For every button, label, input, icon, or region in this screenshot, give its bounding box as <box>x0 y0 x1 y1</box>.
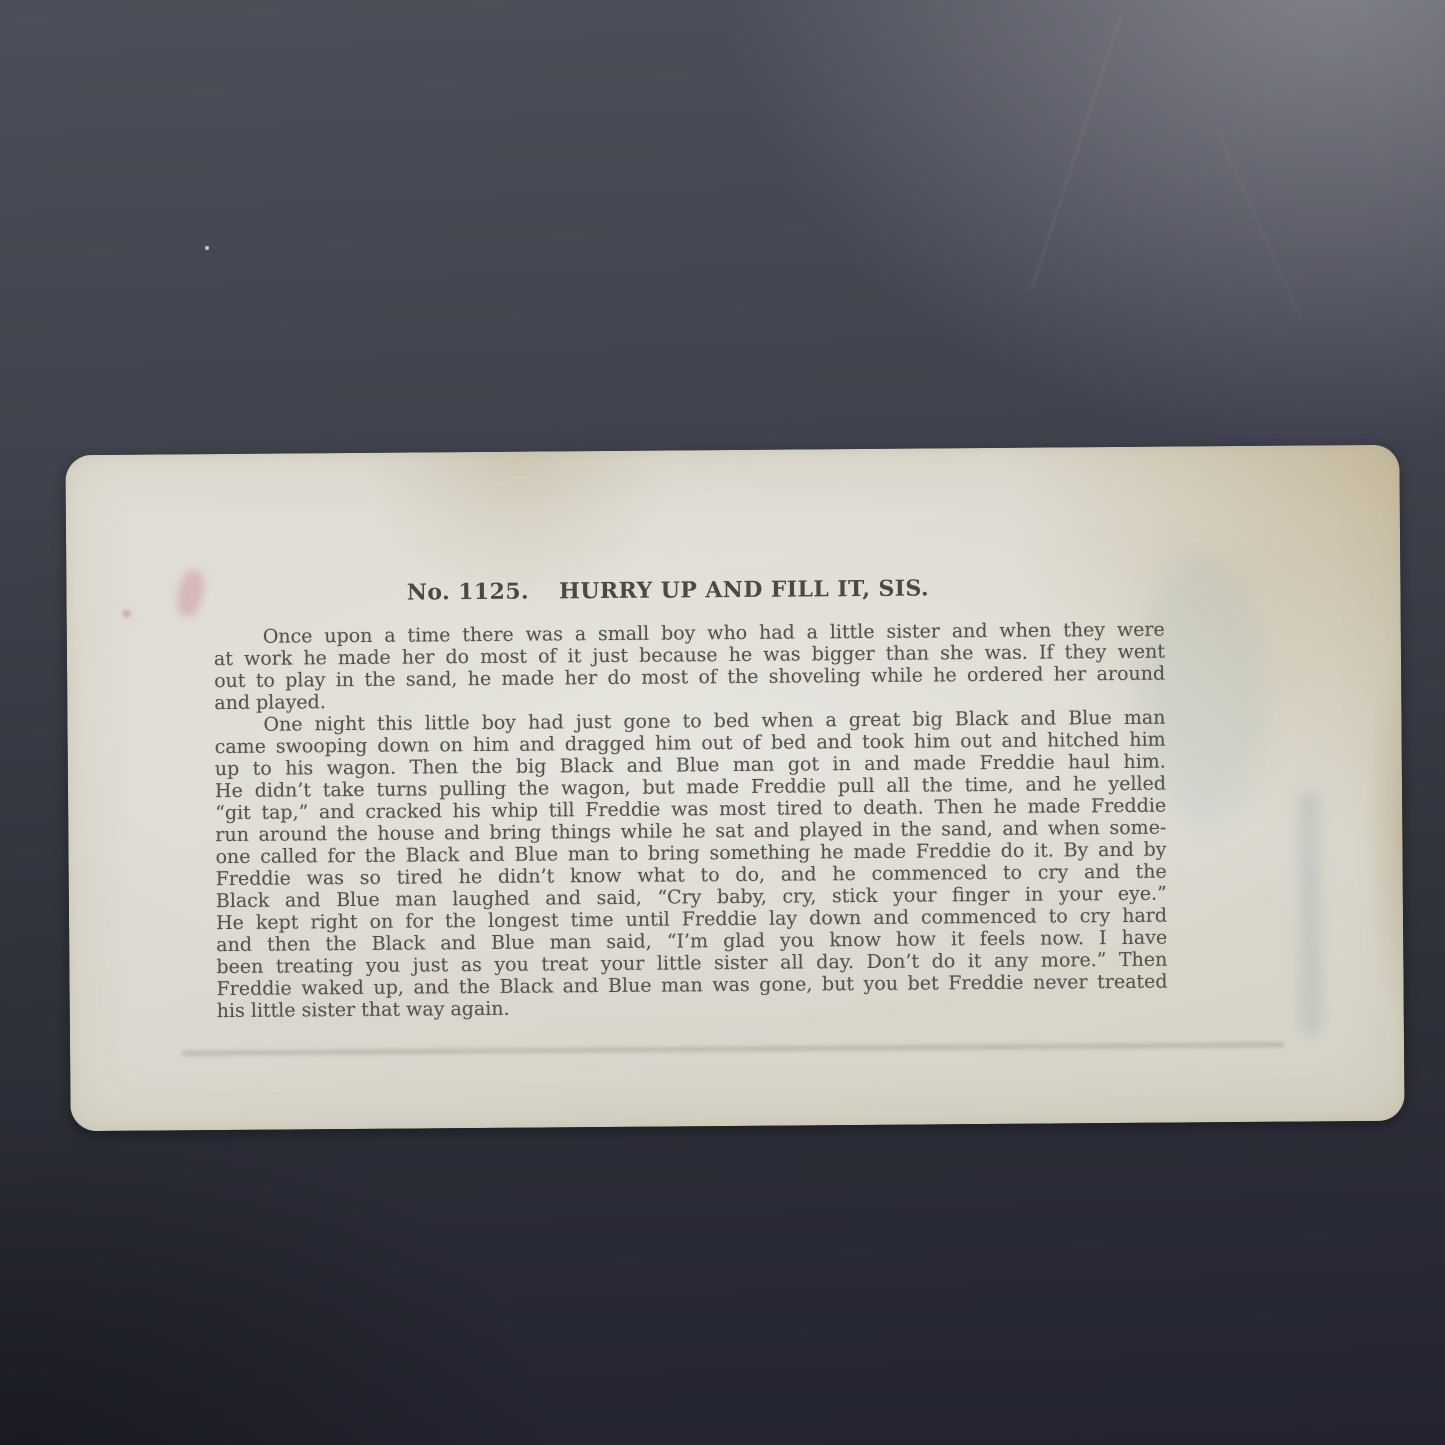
dust-speck <box>205 246 209 250</box>
card-title-text: HURRY UP AND FILL IT, SIS. <box>559 575 929 604</box>
stereoview-card-back: No. 1125.HURRY UP AND FILL IT, SIS. Once… <box>65 445 1404 1131</box>
card-text: No. 1125.HURRY UP AND FILL IT, SIS. Once… <box>213 574 1167 1022</box>
story-text: Once upon a time there was a small boy w… <box>214 619 1168 1022</box>
card-title: No. 1125.HURRY UP AND FILL IT, SIS. <box>192 574 1143 607</box>
background-scratch <box>1215 129 1302 322</box>
red-ink-mark <box>123 610 131 618</box>
paragraph: One night this little boy had just gone … <box>214 707 1167 1022</box>
ghost-impression-line <box>182 1043 1284 1056</box>
teal-stain-streak <box>1298 790 1322 1035</box>
paragraph: Once upon a time there was a small boy w… <box>214 619 1166 714</box>
background-scratch <box>1030 15 1122 291</box>
card-number: No. 1125. <box>407 579 529 606</box>
photo-background: No. 1125.HURRY UP AND FILL IT, SIS. Once… <box>0 0 1445 1445</box>
